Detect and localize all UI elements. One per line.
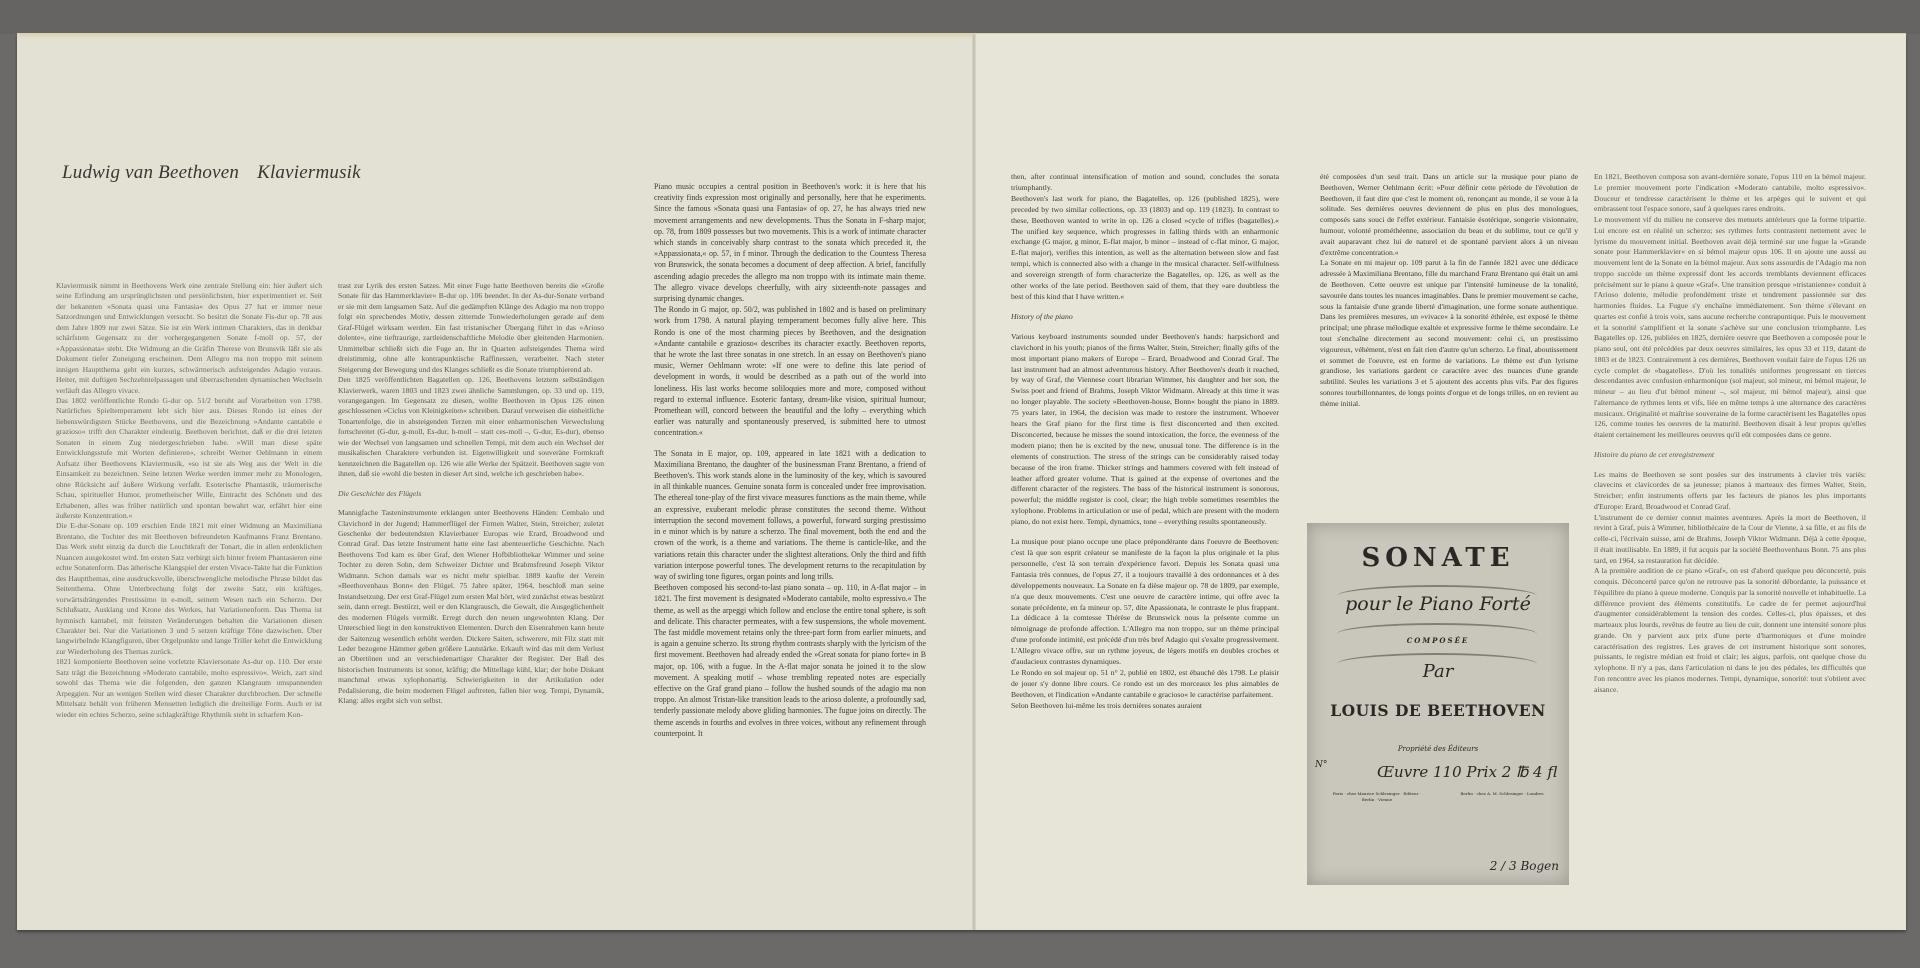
paragraph: Die E-dur-Sonate op. 109 erschien Ende 1… (56, 521, 322, 657)
paragraph: Selon Beethoven lui-même les trois derni… (1011, 701, 1279, 712)
paragraph: Klaviermusik nimmt in Beethovens Werk ei… (56, 281, 322, 396)
plate-title: SONATE (1307, 543, 1569, 573)
paragraph: Das 1802 veröffentlichte Rondo G-dur op.… (56, 396, 322, 521)
plate-composee: COMPOSÉE (1307, 636, 1569, 645)
plate-subtitle: pour le Piano Forté (1307, 593, 1569, 615)
paragraph: La Sonate en mi majeur op. 109 parut à l… (1320, 258, 1578, 409)
paragraph: The Sonata in E major, op. 109, appeared… (654, 448, 926, 582)
plate-publisher-left: Paris · chez Maurice Schlesinger · Edite… (1332, 791, 1422, 803)
paragraph: Beethoven composed his second-to-last pi… (654, 582, 926, 739)
gatefold-crease (972, 34, 976, 930)
page-title: Ludwig van BeethovenKlaviermusik (62, 162, 361, 184)
plate-par: Par (1307, 661, 1569, 682)
column-french-2: En 1821, Beethoven composa son avant-der… (1594, 172, 1866, 912)
column-english-2: then, after continual intensification of… (1011, 172, 1279, 912)
column-german-1: Klaviermusik nimmt in Beethovens Werk ei… (56, 281, 322, 891)
column-english-1: Piano music occupies a central position … (654, 181, 926, 891)
paragraph: été composées d'un seul trait. Dans un a… (1320, 172, 1578, 258)
plate-oeuvre: Œuvre 110 Prix 2 ℔ 4 fl (1317, 763, 1579, 781)
column-german-2: trast zur Lyrik des ersten Satzes. Mit e… (338, 281, 604, 891)
paragraph: Le Rondo en sol majeur op. 51 n° 2, publ… (1011, 668, 1279, 701)
column-french-1: été composées d'un seul trait. Dans un a… (1320, 172, 1578, 552)
plate-propriete: Propriété des Éditeurs (1307, 745, 1569, 753)
paragraph: L'instrument de ce dernier connut mainte… (1594, 513, 1866, 567)
plate-composer: LOUIS DE BEETHOVEN (1307, 701, 1569, 720)
title-subject: Klaviermusik (257, 162, 361, 183)
paragraph: Les mains de Beethoven se sont posées su… (1594, 470, 1866, 513)
paragraph: then, after continual intensification of… (1011, 172, 1279, 194)
section-heading: Die Geschichte des Flügels (338, 489, 604, 499)
paragraph: A la première audition de ce piano »Graf… (1594, 566, 1866, 695)
paragraph: Beethoven's last work for piano, the Bag… (1011, 194, 1279, 303)
plate-signature: 2 / 3 Bogen (1490, 859, 1559, 873)
section-heading: History of the piano (1011, 312, 1279, 323)
paragraph: The Rondo in G major, op. 50/2, was publ… (654, 304, 926, 438)
background-top (0, 0, 1920, 34)
paragraph: Piano music occupies a central position … (654, 181, 926, 304)
paragraph: Mannigfache Tasteninstrumente erklangen … (338, 508, 604, 707)
section-heading: Histoire du piano de cet enregistrement (1594, 450, 1866, 461)
title-composer: Ludwig van Beethoven (62, 162, 239, 183)
paragraph: La musique pour piano occupe une place p… (1011, 537, 1279, 668)
sonata-title-page-facsimile: SONATE pour le Piano Forté COMPOSÉE Par … (1307, 523, 1569, 885)
paragraph: Various keyboard instruments sounded und… (1011, 332, 1279, 528)
paragraph: Den 1825 veröffentlichten Bagatellen op.… (338, 375, 604, 480)
plate-publisher-right: Berlin · chez A. M. Schlesinger · Londre… (1457, 791, 1547, 797)
paragraph: trast zur Lyrik des ersten Satzes. Mit e… (338, 281, 604, 375)
paragraph: En 1821, Beethoven composa son avant-der… (1594, 172, 1866, 215)
paragraph: 1821 komponierte Beethoven seine vorletz… (56, 657, 322, 720)
paragraph: Le mouvement vif du milieu ne conserve d… (1594, 215, 1866, 441)
